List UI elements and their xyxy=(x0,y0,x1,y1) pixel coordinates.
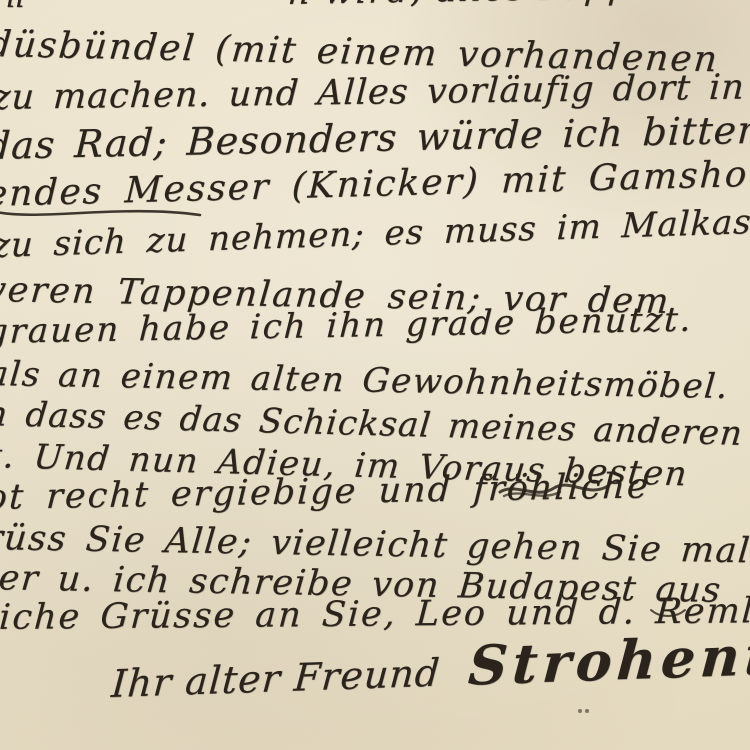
ink-spots xyxy=(578,700,592,706)
manuscript-line-fragment: il xyxy=(6,0,25,15)
closing-phrase: Ihr alter Freund xyxy=(110,650,442,706)
u-bow-mark xyxy=(648,606,688,620)
emphasis-underline xyxy=(0,202,204,224)
manuscript-line-fragment: n wird, alles Pappels a xyxy=(287,0,722,13)
ink-correction-scribble xyxy=(496,474,612,506)
signature: Strohentz xyxy=(466,622,750,698)
letter-page: il n wird, alles Pappels a düsbündel (mi… xyxy=(0,0,750,750)
